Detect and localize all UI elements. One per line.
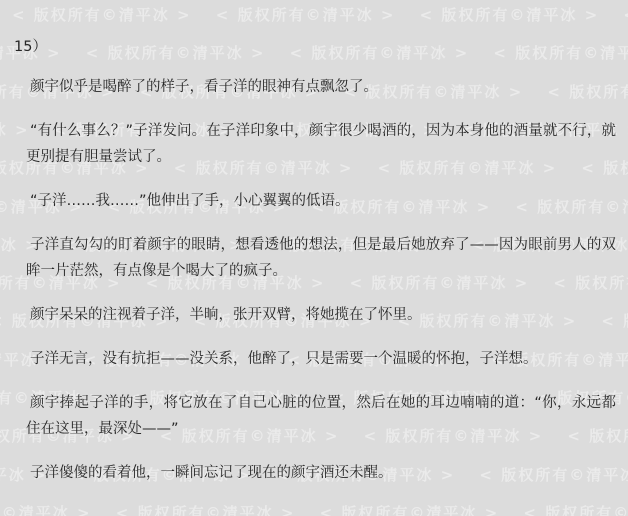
watermark-text: < 版权所有©清平冰 > < 版权所有©清平冰 > < 版权所有©清平冰 > <…	[0, 502, 628, 516]
paragraph: “有什么事么？”子洋发问。在子洋印象中，颜宇很少喝酒的，因为本身他的酒量就不行，…	[26, 118, 616, 170]
paragraph: 子洋直勾勾的盯着颜宇的眼睛，想看透他的想法，但是最后她放弃了——因为眼前男人的双…	[26, 232, 616, 284]
page-content: 15） 颜宇似乎是喝醉了的样子，看子洋的眼神有点飘忽了。 “有什么事么？”子洋发…	[14, 34, 616, 504]
paragraph: “子洋……我……”他伸出了手，小心翼翼的低语。	[26, 188, 616, 214]
paragraph: 子洋无言，没有抗拒——没关系，他醉了，只是需要一个温暖的怀抱，子洋想。	[26, 346, 616, 372]
paragraph: 颜宇呆呆的注视着子洋，半晌，张开双臂，将她揽在了怀里。	[26, 302, 616, 328]
watermark-text: < 版权所有©清平冰 > < 版权所有©清平冰 > < 版权所有©清平冰 > <…	[12, 4, 628, 25]
paragraph: 颜宇捧起子洋的手，将它放在了自己心脏的位置，然后在她的耳边喃喃的道：“你，永远都…	[26, 390, 616, 442]
paragraph: 颜宇似乎是喝醉了的样子，看子洋的眼神有点飘忽了。	[26, 74, 616, 100]
novel-page: < 版权所有©清平冰 > < 版权所有©清平冰 > < 版权所有©清平冰 > <…	[0, 0, 628, 516]
section-number: 15）	[14, 34, 616, 60]
paragraph: 子洋傻傻的看着他，一瞬间忘记了现在的颜宇酒还未醒。	[26, 460, 616, 486]
